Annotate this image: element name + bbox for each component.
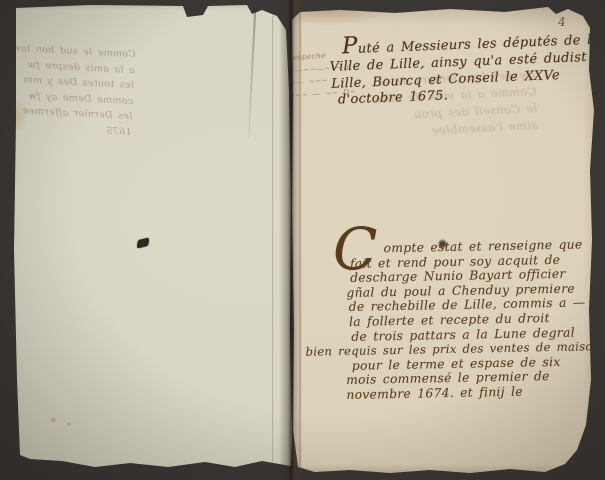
ink-blot [136, 237, 149, 249]
paper-crease [247, 4, 256, 139]
ink-smudge [438, 239, 447, 249]
left-page-bleedthrough-text: Comme le sud bon low pwvy a la amis desp… [9, 41, 136, 140]
paper-crease [272, 0, 273, 462]
account-body-text: ompte estat et renseigne que fait et ren… [303, 237, 592, 403]
manuscript-scan: Comme le sud bon low pwvy a la amis desp… [0, 0, 605, 480]
presentation-header: Puté a Messieurs les députés de la Ville… [329, 32, 583, 110]
folio-number: 4 [557, 15, 566, 30]
